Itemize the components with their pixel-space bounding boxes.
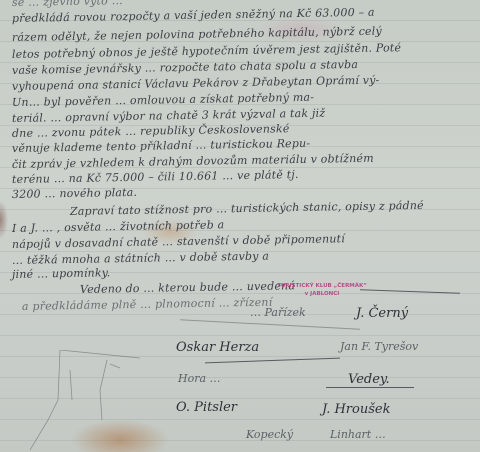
handwritten-document-page: se … zjevno vyto … předkládá rovou rozpo… <box>0 0 480 452</box>
signature: Linhart … <box>330 428 386 441</box>
signature: Oskar Herza <box>176 340 259 355</box>
signature: Hora … <box>178 372 221 385</box>
stamp-line-2: v JABLONCI <box>262 290 382 298</box>
pencil-sketch-drawing <box>30 350 140 450</box>
signature-underline <box>326 387 414 388</box>
body-line: jiné … upomínky. <box>12 266 111 281</box>
signature: J. Černý <box>356 306 408 321</box>
signature: Kopecký <box>246 428 293 441</box>
body-line: 3200 … nového plata. <box>12 186 137 201</box>
signature: … Pařízek <box>250 306 306 319</box>
signature: O. Pitsler <box>176 400 237 415</box>
signature: Vedey. <box>348 372 390 387</box>
signature: J. Hroušek <box>322 402 390 417</box>
signature: Jan F. Tyrešov <box>340 340 418 353</box>
